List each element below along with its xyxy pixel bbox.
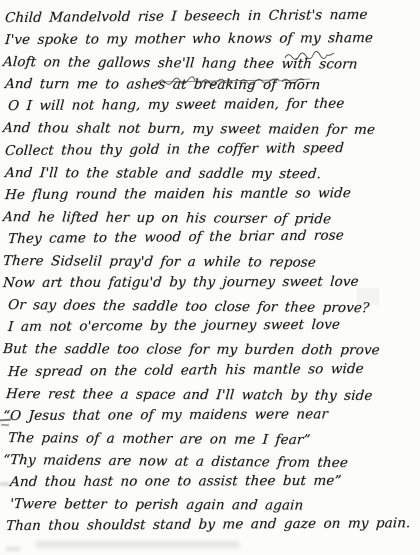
manuscript-line: Child Mandelvold rise I beseech in Chris…: [4, 3, 420, 29]
manuscript-text-block: Child Mandelvold rise I beseech in Chris…: [0, 7, 420, 537]
manuscript-line: He flung round the maiden his mantle so …: [4, 182, 420, 206]
scan-smudge: [6, 547, 20, 551]
manuscript-line: O I will not hang, my sweet maiden, for …: [7, 92, 420, 117]
manuscript-line: He spread on the cold earth his mantle s…: [7, 357, 420, 383]
manuscript-line: Now art thou fatigu'd by thy journey swe…: [2, 271, 420, 295]
manuscript-line: Collect thou thy gold in the coffer with…: [4, 136, 420, 162]
manuscript-line: “O Jesus that one of my maidens were nea…: [2, 403, 420, 427]
manuscript-line: I've spoke to my mother who knows of my …: [4, 27, 420, 51]
manuscript-line: The pains of a mother are on me I fear”: [7, 427, 420, 452]
manuscript-line: And thou hast no one to assist thee but …: [9, 470, 420, 494]
manuscript-line: I am not o'ercome by the journey sweet l…: [7, 313, 420, 338]
manuscript-line: Than thou shouldst stand by me and gaze …: [5, 512, 420, 537]
scan-smudge: [35, 541, 240, 548]
manuscript-page: Child Mandelvold rise I beseech in Chris…: [0, 0, 420, 555]
manuscript-line: They came to the wood of the briar and r…: [7, 224, 420, 250]
